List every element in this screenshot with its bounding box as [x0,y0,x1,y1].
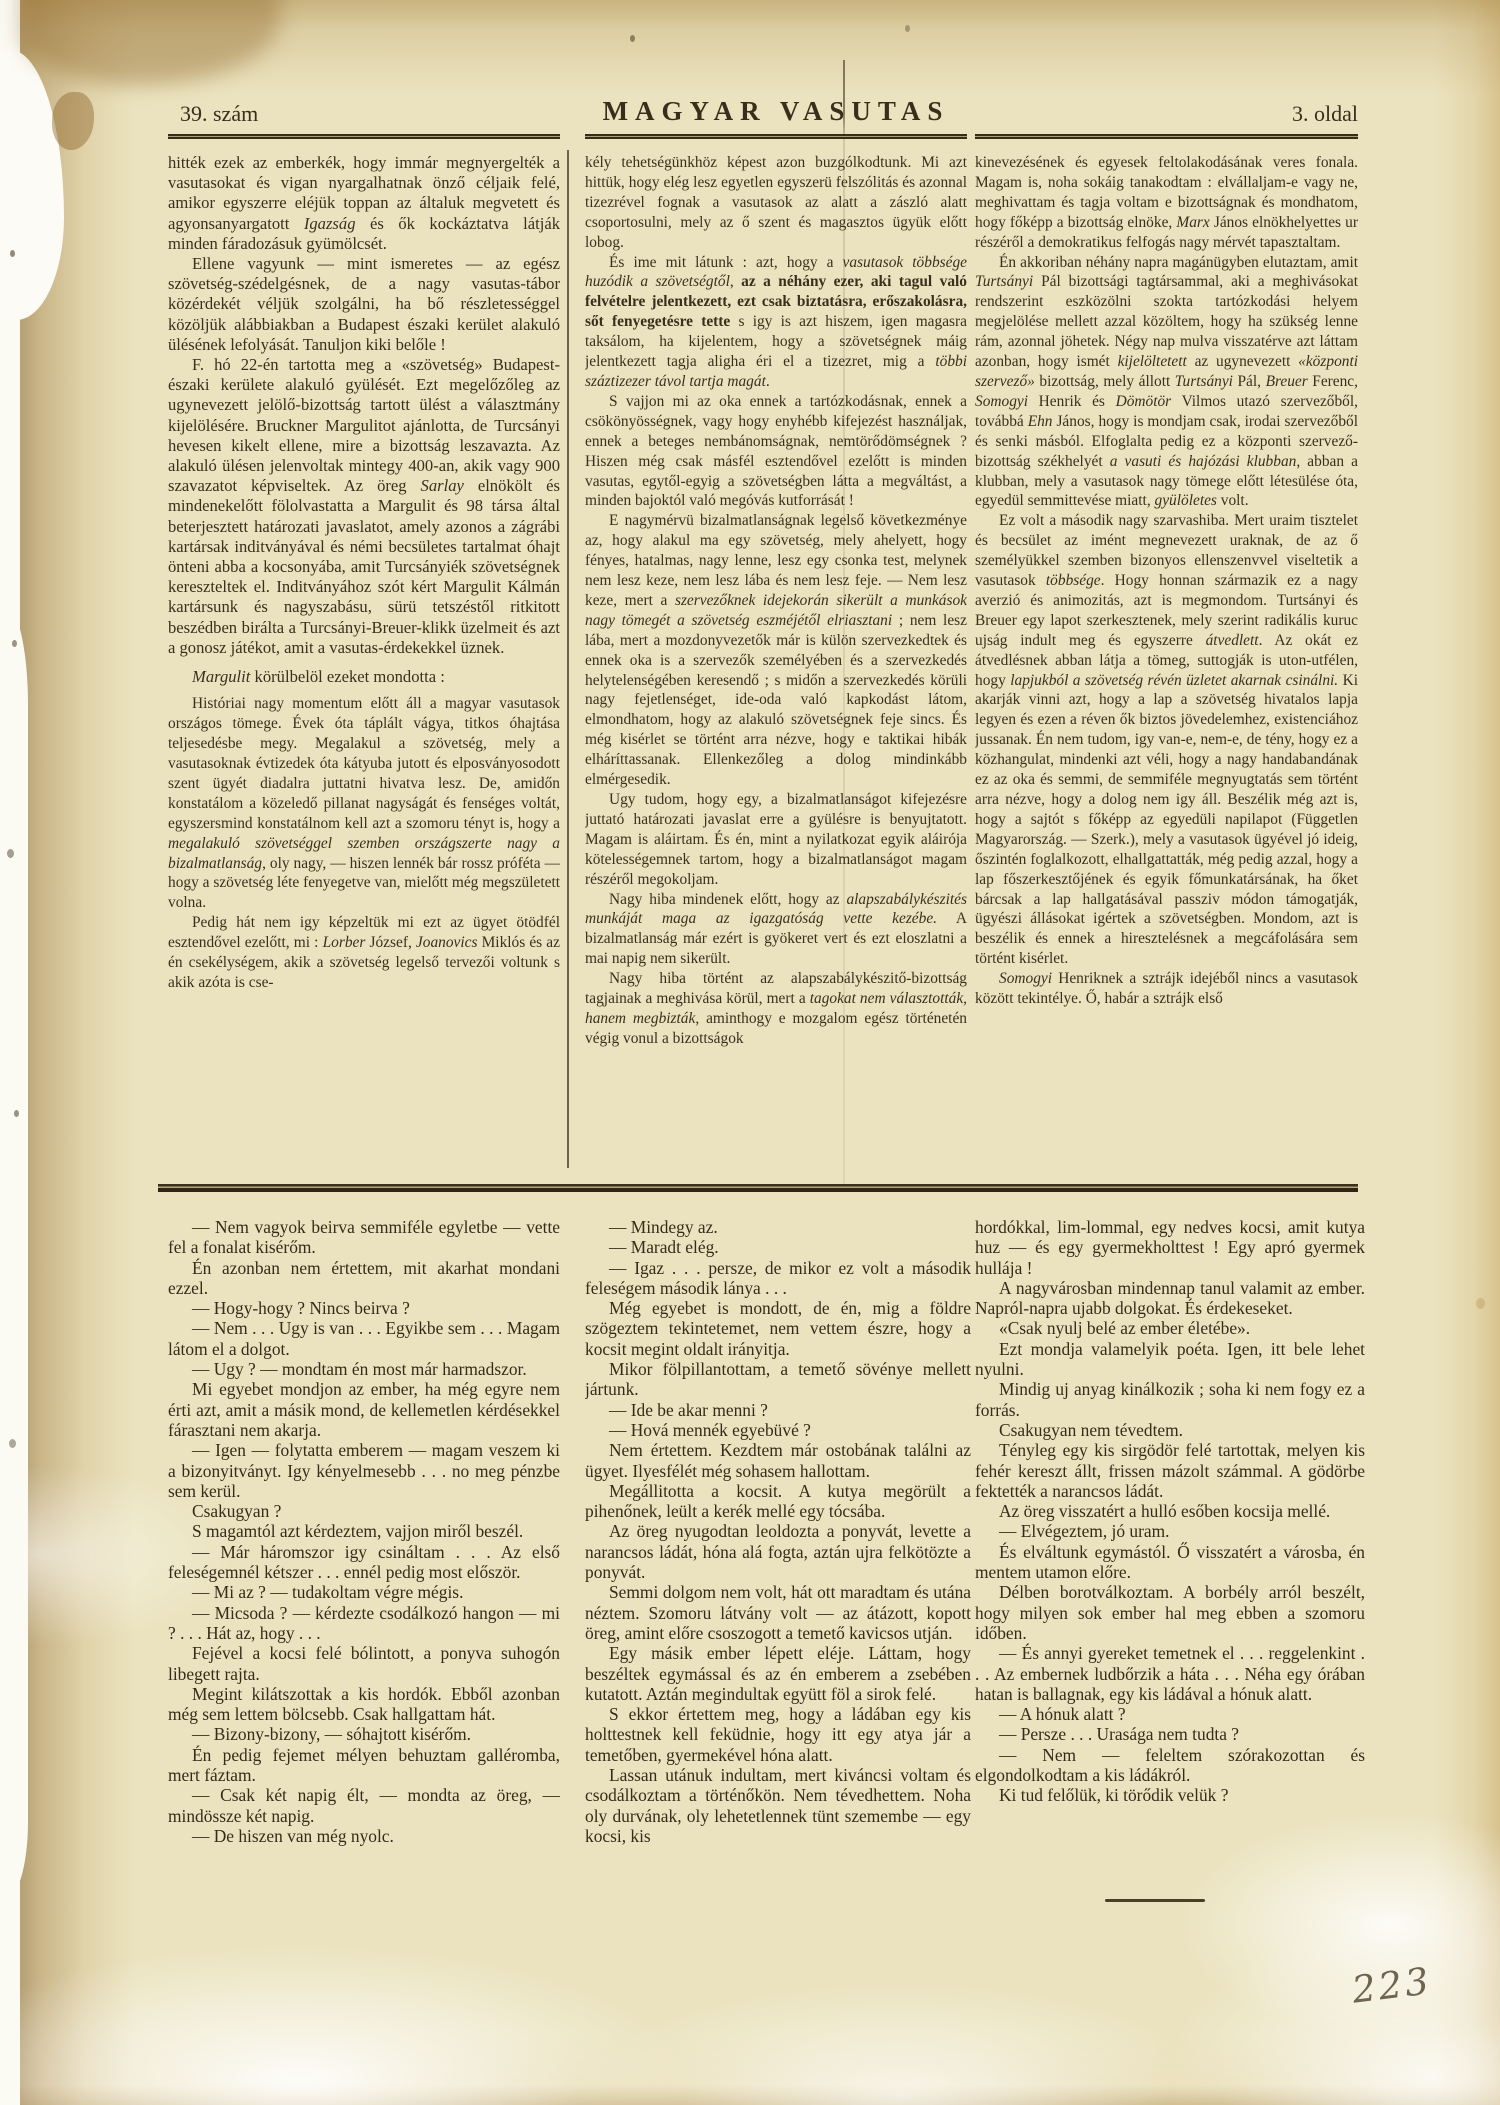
text-run: Lassan utánuk indultam, mert kiváncsi vo… [585,1765,971,1846]
paragraph: Ellene vagyunk — mint ismeretes — az egé… [168,254,560,355]
paragraph: S vajjon mi az oka ennek a tartózkodásna… [585,392,967,511]
paragraph: — Már háromszor igy csináltam . . . Az e… [168,1542,560,1583]
paragraph: — Igaz . . . persze, de mikor ez volt a … [585,1258,971,1299]
text-run: Mindig uj anyag kinálkozik ; soha ki nem… [975,1379,1365,1419]
text-run: Henrik és [1028,393,1116,410]
text-run: Csakugyan nem tévedtem. [999,1420,1183,1440]
text-run: Ferenc, [1308,373,1358,390]
paragraph: E nagymérvü bizalmatlanságnak legelső kö… [585,511,967,790]
paragraph: — Mindegy az. [585,1217,971,1237]
text-run: többsége [1046,572,1101,589]
text-run: Turtsányi [1175,373,1233,390]
text-run: Mi egyebet mondjon az ember, ha még egyr… [168,1379,560,1440]
paragraph: Lassan utánuk indultam, mert kiváncsi vo… [585,1765,971,1846]
issue-number: 39. szám [180,101,258,127]
text-run: Ki tud felőlük, ki törődik velük ? [999,1785,1228,1805]
text-run: — Mi az ? — tudakoltam végre mégis. [192,1582,463,1602]
paragraph: Megállitotta a kocsit. A kutya megörült … [585,1481,971,1522]
story-column-3: hordókkal, lim-lommal, egy nedves kocsi,… [975,1217,1365,1989]
paragraph: Ez volt a második nagy szarvashiba. Mert… [975,511,1358,969]
text-run: — Maradt elég. [609,1237,719,1257]
text-run: A nagyvárosban mindennap tanul valamit a… [975,1278,1365,1318]
paragraph: Még egyebet is mondott, de én, mig a föl… [585,1298,971,1359]
text-run: Nagy hiba mindenek előtt, hogy az [609,891,846,908]
text-run: ; nem lesz lába, mert a mozdonyvezetők m… [585,612,967,788]
text-run: elnökölt és mindenekelőtt fölolvastatta … [168,476,560,657]
text-run: — Csak két napig élt, — mondta az öreg, … [168,1785,560,1825]
text-run: bizottság, mely állott [1035,373,1175,390]
paragraph: hordókkal, lim-lommal, egy nedves kocsi,… [975,1217,1365,1278]
column-divider-rule [567,150,569,1168]
paragraph: Pedig hát nem igy képzeltük mi ezt az üg… [168,913,560,993]
paper-tear-top-left [0,50,64,320]
text-run: — Nem . . . Ugy is van . . . Egyikbe sem… [168,1318,560,1358]
paragraph: Ki tud felőlük, ki törődik velük ? [975,1785,1365,1805]
text-run: hordókkal, lim-lommal, egy nedves kocsi,… [975,1217,1365,1278]
text-run: Breuer [1266,373,1308,390]
text-run: — Hogy-hogy ? Nincs beirva ? [192,1298,410,1318]
text-run: Én azonban nem értettem, mit akarhat mon… [168,1258,560,1298]
page-number-label: 3. oldal [975,101,1358,127]
text-run: Tényleg egy kis sirgödör felé tartottak,… [975,1440,1365,1501]
header-rule-left [168,134,560,139]
text-run: volt. [1217,492,1249,509]
paragraph: kély tehetségünkhöz képest azon buzgólko… [585,153,967,253]
paragraph: Az öreg visszatért a hulló esőben kocsij… [975,1501,1365,1521]
paragraph: Históriai nagy momentum előtt áll a magy… [168,694,560,913]
text-run: Margulit [192,667,250,686]
paper-specks [10,250,15,257]
paragraph: Mikor fölpillantottam, a temető sövénye … [585,1359,971,1400]
paragraph: — De hiszen van még nyolc. [168,1826,560,1846]
paragraph: — Ugy ? — mondtam én most már harmadszor… [168,1359,560,1379]
paragraph: hitték ezek az emberkék, hogy immár megn… [168,153,560,254]
paragraph: Délben borotválkoztam. A borbély arról b… [975,1582,1365,1643]
paragraph: — Nem — feleltem szórakozottan és elgond… [975,1745,1365,1786]
paragraph: «Csak nyulj belé az ember életébe». [975,1318,1365,1338]
paper-blotch [52,92,94,150]
text-run: — A hónuk alatt ? [999,1704,1126,1724]
text-run: Délben borotválkoztam. A borbély arról b… [975,1582,1365,1643]
text-run: körülbelöl ezeket mondotta : [250,667,444,686]
paragraph: Nagy hiba mindenek előtt, hogy az alapsz… [585,890,967,970]
text-run: — Bizony-bizony, — sóhajtott kisérőm. [192,1724,471,1744]
paragraph: Semmi dolgom nem volt, hát ott maradtam … [585,1582,971,1643]
paragraph: — Csak két napig élt, — mondta az öreg, … [168,1785,560,1826]
paragraph: — Mi az ? — tudakoltam végre mégis. [168,1582,560,1602]
text-run: Az öreg visszatért a hulló esőben kocsij… [999,1501,1330,1521]
text-run: az ugynevezett [1187,353,1298,370]
text-run: Fejével a kocsi felé bólintott, a ponyva… [168,1643,560,1683]
article-column-3: kinevezésének és egyesek feltolakodásána… [975,153,1358,1171]
text-run: F. hó 22-én tartotta meg a «szövetség» B… [168,355,560,495]
text-run: Ehn [1028,413,1053,430]
header-rule-center [585,134,967,139]
paragraph: — Igen — folytatta emberem — magam vesze… [168,1440,560,1501]
paragraph: Én akkoriban néhány napra magánügyben el… [975,253,1358,512]
newspaper-page: 39. szám MAGYAR VASUTAS 3. oldal hitték … [0,0,1500,2105]
paragraph: Az öreg nyugodtan leoldozta a ponyvát, l… [585,1521,971,1582]
paragraph: A nagyvárosban mindennap tanul valamit a… [975,1278,1365,1319]
article-column-2: kély tehetségünkhöz képest azon buzgólko… [585,153,967,1171]
text-run: — Ugy ? — mondtam én most már harmadszor… [192,1359,527,1379]
story-column-1: — Nem vagyok beirva semmiféle egyletbe —… [168,1217,560,1989]
article-column-1: hitték ezek az emberkék, hogy immár megn… [168,153,560,1171]
story-end-rule [1105,1899,1205,1902]
text-run: S vajjon mi az oka ennek a tartózkodásna… [585,393,967,510]
text-run: Még egyebet is mondott, de én, mig a föl… [585,1298,971,1359]
text-run: — És annyi gyereket temetnek el . . . re… [975,1643,1365,1704]
text-run: — Már háromszor igy csináltam . . . Az e… [168,1542,560,1582]
paragraph: Csakugyan nem tévedtem. [975,1420,1365,1440]
text-run: Én akkoriban néhány napra magánügyben el… [999,254,1358,271]
paragraph: Fejével a kocsi felé bólintott, a ponyva… [168,1643,560,1684]
text-run: — Nem — feleltem szórakozottan és elgond… [975,1745,1365,1785]
text-run: a vasuti és hajózási klubban [1110,453,1297,470]
header-rule-right [975,134,1358,139]
paragraph: — Maradt elég. [585,1237,971,1257]
paragraph: — Persze . . . Urasága nem tudta ? [975,1724,1365,1744]
paragraph: — Nem . . . Ugy is van . . . Egyikbe sem… [168,1318,560,1359]
paragraph: — Bizony-bizony, — sóhajtott kisérőm. [168,1724,560,1744]
paragraph: Somogyi Henriknek a sztrájk idejéből nin… [975,969,1358,1009]
text-run: És ime mit látunk : azt, hogy a [609,254,843,271]
handwritten-page-number: 223 [1350,1959,1434,2011]
text-run: Pál, [1233,373,1266,390]
text-run: — Ide be akar menni ? [609,1400,768,1420]
text-run: — Nem vagyok beirva semmiféle egyletbe —… [168,1217,560,1257]
paragraph: — A hónuk alatt ? [975,1704,1365,1724]
text-run: S magamtól azt kérdeztem, vajjon miről b… [192,1521,523,1541]
paragraph: Egy másik ember lépett eléje. Láttam, ho… [585,1643,971,1704]
paragraph: kinevezésének és egyesek feltolakodásána… [975,153,1358,253]
text-run: Az öreg nyugodtan leoldozta a ponyvát, l… [585,1521,971,1582]
text-run: kély tehetségünkhöz képest azon buzgólko… [585,154,967,251]
text-run: Marx [1176,214,1209,231]
text-run: Dömötör [1116,393,1172,410]
text-run: — De hiszen van még nyolc. [192,1826,394,1846]
text-run: Sarlay [421,476,464,495]
text-run: «Csak nyulj belé az ember életébe». [999,1318,1250,1338]
paragraph: Mi egyebet mondjon az ember, ha még egyr… [168,1379,560,1440]
paragraph: — Ide be akar menni ? [585,1400,971,1420]
text-run: átvedlett [1206,632,1259,649]
text-run: Somogyi [975,393,1028,410]
text-run: Ezt mondja valamelyik poéta. Igen, itt b… [975,1339,1365,1379]
paragraph: Én azonban nem értettem, mit akarhat mon… [168,1258,560,1299]
paragraph: — És annyi gyereket temetnek el . . . re… [975,1643,1365,1704]
paragraph: — Hogy-hogy ? Nincs beirva ? [168,1298,560,1318]
text-run: — Persze . . . Urasága nem tudta ? [999,1724,1239,1744]
text-run: Semmi dolgom nem volt, hát ott maradtam … [585,1582,971,1643]
text-run: , [730,273,741,290]
text-run: Én pedig fejemet mélyen behuztam galléro… [168,1745,560,1785]
paragraph: Nagy hiba történt az alapszabálykészitő-… [585,969,967,1049]
text-run: Csakugyan ? [192,1501,281,1521]
text-run: . [766,373,770,390]
text-run: Nem értettem. Kezdtem már ostobának talá… [585,1440,971,1480]
text-run: — Micsoda ? — kérdezte csodálkozó hangon… [168,1603,560,1643]
text-run: — Igaz . . . persze, de mikor ez volt a … [585,1258,971,1298]
text-run: kijelöltetett [1118,353,1187,370]
paragraph: Megint kilátszottak a kis hordók. Ebből … [168,1684,560,1725]
text-run: Joanovics [416,934,478,951]
paragraph: S magamtól azt kérdeztem, vajjon miről b… [168,1521,560,1541]
section-divider-rule [158,1184,1358,1192]
paragraph: És elváltunk egymástól. Ő visszatért a v… [975,1542,1365,1583]
paragraph: Margulit körülbelöl ezeket mondotta : [168,667,560,687]
text-run: Históriai nagy momentum előtt áll a magy… [168,695,560,831]
text-run: gyülöletes [1155,492,1217,509]
text-run: Mikor fölpillantottam, a temető sövénye … [585,1359,971,1399]
text-run: Somogyi [999,970,1052,987]
text-run: És elváltunk egymástól. Ő visszatért a v… [975,1542,1365,1582]
text-run: Turtsányi [975,273,1033,290]
text-run: Ki akarják vinni azt, hogy a lap a szöve… [975,672,1358,968]
text-run: Megint kilátszottak a kis hordók. Ebből … [168,1684,560,1724]
text-run: S ekkor értettem meg, hogy a ládában egy… [585,1704,971,1765]
text-run: Ellene vagyunk — mint ismeretes — az egé… [168,254,560,354]
paragraph: Ezt mondja valamelyik poéta. Igen, itt b… [975,1339,1365,1380]
text-run: — Mindegy az. [609,1217,718,1237]
paragraph: Tényleg egy kis sirgödör felé tartottak,… [975,1440,1365,1501]
paragraph: — Nem vagyok beirva semmiféle egyletbe —… [168,1217,560,1258]
text-run: Megállitotta a kocsit. A kutya megörült … [585,1481,971,1521]
paragraph: F. hó 22-én tartotta meg a «szövetség» B… [168,355,560,658]
paragraph: Én pedig fejemet mélyen behuztam galléro… [168,1745,560,1786]
masthead-title: MAGYAR VASUTAS [585,96,967,127]
text-run: lapjukból a szövetség révén üzletet akar… [1010,672,1338,689]
text-run: Lorber [323,934,366,951]
paragraph: — Hová mennék egyebüvé ? [585,1420,971,1440]
text-run: Ugy tudom, hogy egy, a bizalmatlanságot … [585,791,967,888]
text-run: József, [365,934,416,951]
text-run: Igazság [304,214,356,233]
paper-stain-top-left [20,0,280,85]
paragraph: — Micsoda ? — kérdezte csodálkozó hangon… [168,1603,560,1644]
paragraph: Csakugyan ? [168,1501,560,1521]
paragraph: S ekkor értettem meg, hogy a ládában egy… [585,1704,971,1765]
text-run: — Igen — folytatta emberem — magam vesze… [168,1440,560,1501]
paragraph: Ugy tudom, hogy egy, a bizalmatlanságot … [585,790,967,890]
text-run: — Elvégeztem, jó uram. [999,1521,1169,1541]
story-column-2: — Mindegy az.— Maradt elég.— Igaz . . . … [585,1217,971,1989]
paragraph: Nem értettem. Kezdtem már ostobának talá… [585,1440,971,1481]
paper-edge-lower-left [0,600,28,1900]
paragraph: Mindig uj anyag kinálkozik ; soha ki nem… [975,1379,1365,1420]
paragraph: És ime mit látunk : azt, hogy a vasutaso… [585,253,967,392]
text-run: Egy másik ember lépett eléje. Láttam, ho… [585,1643,971,1704]
paragraph: — Elvégeztem, jó uram. [975,1521,1365,1541]
text-run: — Hová mennék egyebüvé ? [609,1420,811,1440]
